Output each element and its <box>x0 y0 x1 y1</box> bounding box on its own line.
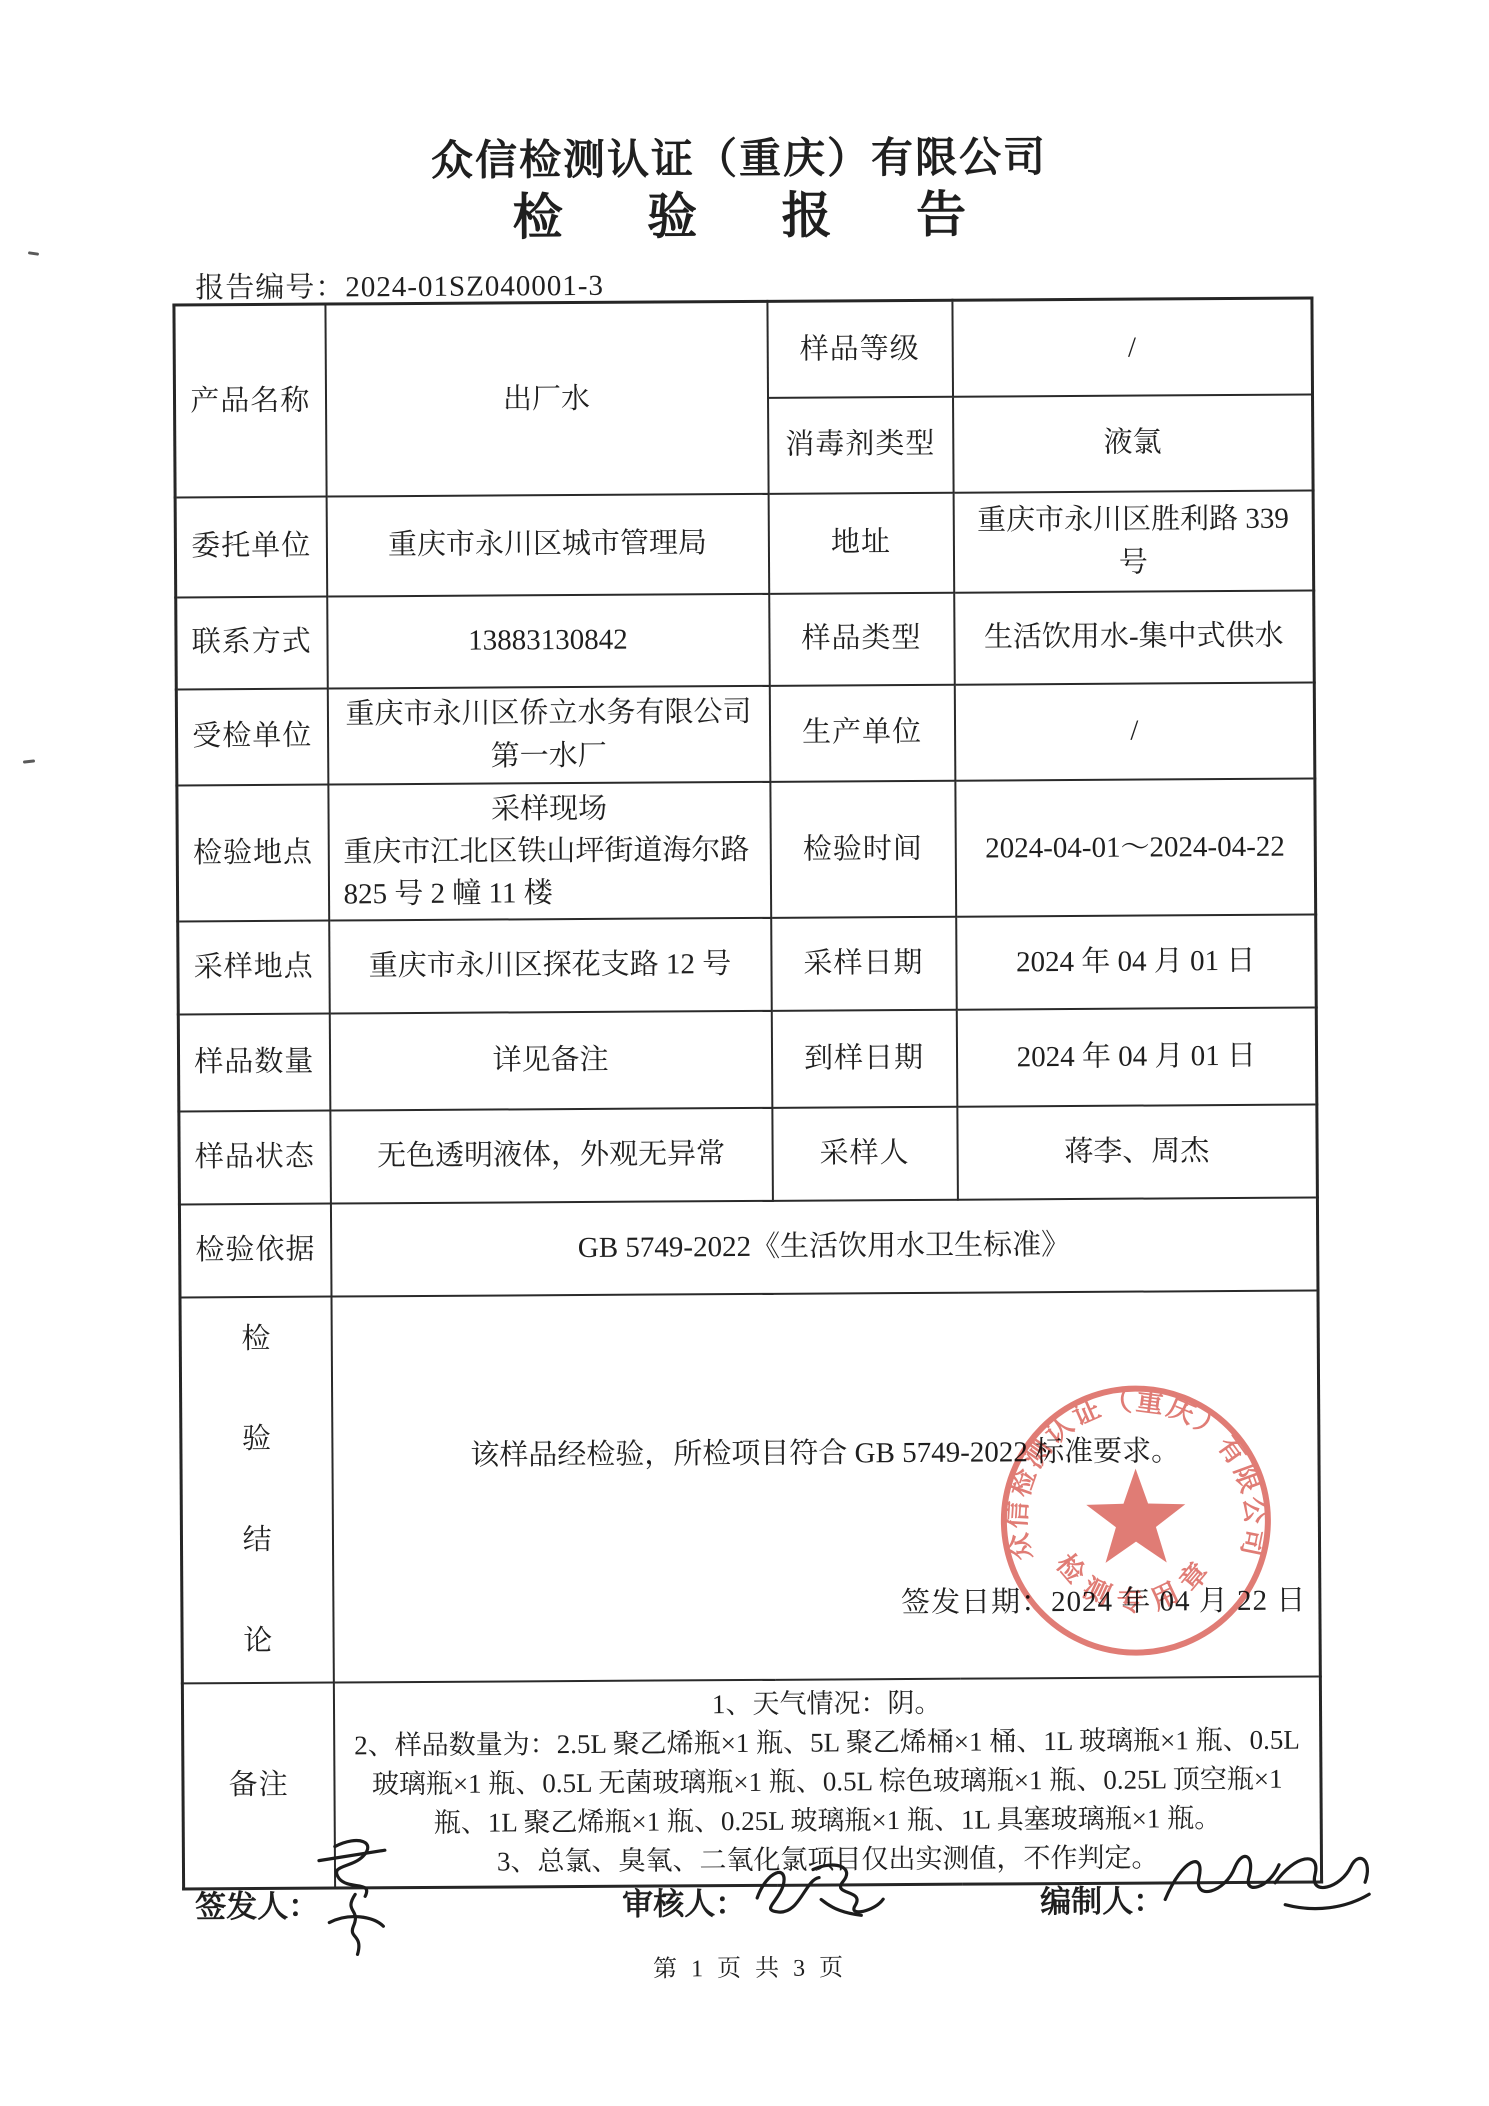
conclusion-cell: 该样品经检验，所检项目符合 GB 5749-2022 标准要求。 签发日期：20… <box>331 1290 1320 1682</box>
page-number: 第 1 页 共 3 页 <box>5 1943 1489 1987</box>
test-basis-value: GB 5749-2022《生活饮用水卫生标准》 <box>330 1197 1318 1296</box>
client-value: 重庆市永川区城市管理局 <box>326 493 769 596</box>
sampler-label: 采样人 <box>772 1106 958 1200</box>
test-basis-label: 检验依据 <box>179 1203 331 1297</box>
sample-status-value: 无色透明液体，外观无异常 <box>330 1107 773 1203</box>
sample-quantity-label: 样品数量 <box>178 1013 330 1111</box>
report-number-value: 2024-01SZ040001-3 <box>345 270 604 304</box>
sampling-location-value: 重庆市永川区探花支路 12 号 <box>329 917 772 1013</box>
address-value: 重庆市永川区胜利路 339 号 <box>953 490 1314 592</box>
test-location-value: 采样现场 重庆市江北区铁山坪街道海尔路 825 号 2 幢 11 楼 <box>328 781 771 920</box>
sample-quantity-value: 详见备注 <box>329 1010 772 1110</box>
report-number: 报告编号：2024-01SZ040001-3 <box>195 263 604 306</box>
sample-grade-label: 样品等级 <box>767 300 953 397</box>
test-location-label: 检验地点 <box>177 784 329 921</box>
test-location-line1: 采样现场 <box>339 786 759 831</box>
sample-type-label: 样品类型 <box>769 592 955 685</box>
conclusion-label-char: 论 <box>243 1619 272 1661</box>
sampler-value: 蒋李、周杰 <box>957 1104 1318 1199</box>
sampling-date-value: 2024 年 04 月 01 日 <box>956 914 1317 1009</box>
preparer-signature <box>1153 1836 1384 1932</box>
product-name-label: 产品名称 <box>174 304 326 497</box>
conclusion-label-char: 验 <box>242 1418 271 1460</box>
info-table: 产品名称 出厂水 样品等级 / 消毒剂类型 液氯 委托单位 重庆市永川区城市管理… <box>172 297 1323 1891</box>
report-title: 检 验 报 告 <box>0 171 1484 252</box>
address-label: 地址 <box>768 492 954 593</box>
disinfectant-type-value: 液氯 <box>953 394 1314 492</box>
client-label: 委托单位 <box>175 496 327 597</box>
reviewer-label: 审核人： <box>622 1878 746 1924</box>
sample-type-value: 生活饮用水-集中式供水 <box>954 590 1315 684</box>
signer-signature <box>301 1832 412 1968</box>
remarks-line: 2、样品数量为：2.5L 聚乙烯瓶×1 瓶、5L 聚乙烯桶×1 桶、1L 玻璃瓶… <box>345 1720 1310 1843</box>
producer-label: 生产单位 <box>769 684 955 781</box>
sampling-location-label: 采样地点 <box>178 920 330 1014</box>
reviewer-signature <box>743 1849 894 1935</box>
product-name-value: 出厂水 <box>325 301 768 496</box>
test-time-value: 2024-04-01～2024-04-22 <box>955 778 1316 916</box>
scanned-report-page: 众信检测认证（重庆）有限公司 检 验 报 告 报告编号：2024-01SZ040… <box>0 0 1489 2106</box>
stamp-bottom-text: 检测专用章 <box>1050 1547 1222 1617</box>
conclusion-label-char: 检 <box>241 1318 270 1360</box>
sample-grade-value: / <box>952 298 1313 396</box>
arrival-date-label: 到样日期 <box>771 1009 957 1107</box>
contact-value: 13883130842 <box>327 593 770 688</box>
producer-value: / <box>954 682 1315 780</box>
test-time-label: 检验时间 <box>770 780 956 917</box>
conclusion-label-char: 结 <box>243 1519 272 1561</box>
remarks-line: 1、天气情况：阴。 <box>344 1681 1309 1726</box>
arrival-date-value: 2024 年 04 月 01 日 <box>956 1007 1317 1106</box>
svg-text:检测专用章: 检测专用章 <box>1050 1547 1222 1617</box>
sampling-date-label: 采样日期 <box>771 916 957 1010</box>
contact-label: 联系方式 <box>176 596 328 689</box>
disinfectant-type-label: 消毒剂类型 <box>768 396 954 493</box>
sample-status-label: 样品状态 <box>179 1110 331 1204</box>
company-stamp: 众信检测认证（重庆）有限公司 检测专用章 <box>984 1369 1286 1671</box>
conclusion-label: 检 验 结 论 <box>180 1296 333 1683</box>
preparer-label: 编制人： <box>1040 1875 1164 1921</box>
stamp-star-icon <box>1086 1468 1186 1563</box>
report-number-label: 报告编号： <box>195 271 345 304</box>
scan-content: 众信检测认证（重庆）有限公司 检 验 报 告 报告编号：2024-01SZ040… <box>0 0 1489 2106</box>
test-location-line2: 重庆市江北区铁山坪街道海尔路 825 号 2 幢 11 楼 <box>339 828 760 915</box>
inspected-unit-label: 受检单位 <box>176 688 328 785</box>
inspected-unit-value: 重庆市永川区侨立水务有限公司第一水厂 <box>327 685 770 784</box>
